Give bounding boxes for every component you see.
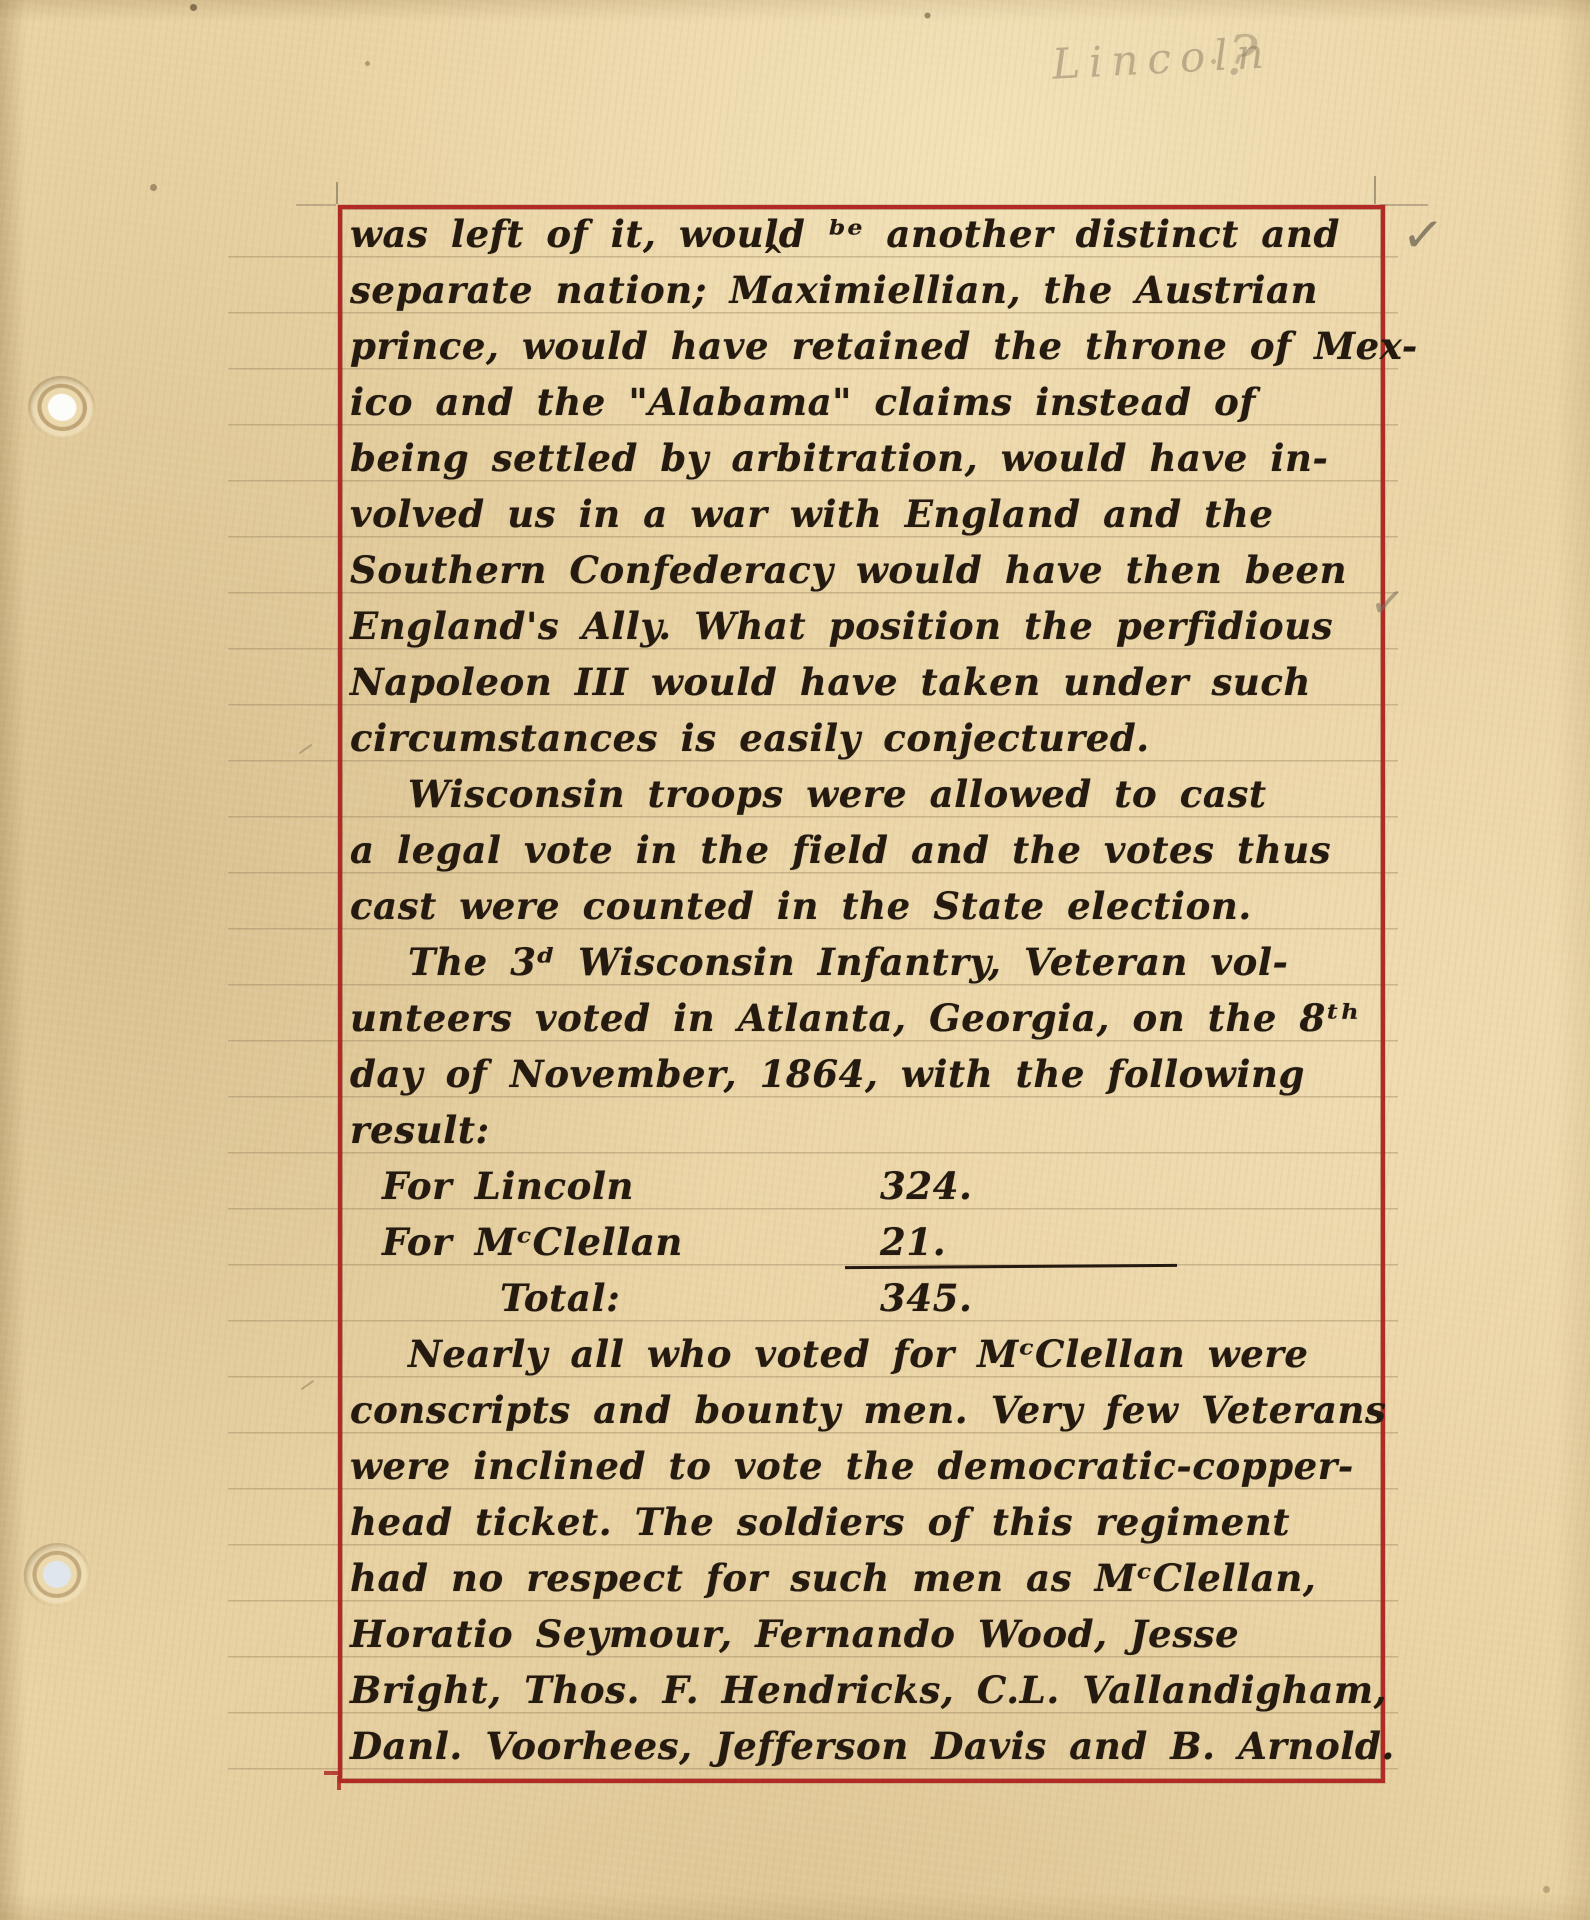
manuscript-line: Southern Confederacy would have then bee… <box>350 540 1380 596</box>
manuscript-line: result: <box>350 1100 1380 1156</box>
corner-guide-mark <box>336 182 338 204</box>
manuscript-line: day of November, 1864, with the followin… <box>350 1044 1380 1100</box>
manuscript-line: Napoleon III would have taken under such <box>350 652 1380 708</box>
manuscript-line: Bright, Thos. F. Hendricks, C.L. Valland… <box>350 1660 1380 1716</box>
corner-guide-mark <box>1374 176 1376 204</box>
punch-hole-top <box>21 369 102 448</box>
pencil-checkmark-top: ✓ <box>1400 204 1447 265</box>
manuscript-line: had no respect for such men as MᶜClellan… <box>350 1548 1380 1604</box>
paper-specks <box>0 0 3 3</box>
manuscript-line: unteers voted in Atlanta, Georgia, on th… <box>350 988 1380 1044</box>
corner-guide-mark <box>296 204 336 206</box>
manuscript-line: For MᶜClellan21. <box>350 1212 1380 1268</box>
manuscript-line: Nearly all who voted for MᶜClellan were <box>350 1324 1380 1380</box>
pencil-annotation-mark: ? <box>1222 22 1260 90</box>
punch-hole-crater <box>20 1539 95 1612</box>
manuscript-line: Wisconsin troops were allowed to cast <box>350 764 1380 820</box>
manuscript-line: Total:345. <box>350 1268 1380 1324</box>
vote-label: For MᶜClellan <box>382 1220 683 1264</box>
manuscript-line: was left of it, would ᵇᵉ another distinc… <box>350 204 1380 260</box>
insertion-caret: ^ <box>762 240 784 276</box>
manuscript-line: were inclined to vote the democratic-cop… <box>350 1436 1380 1492</box>
manuscript-line: conscripts and bounty men. Very few Vete… <box>350 1380 1380 1436</box>
pencil-annotation-lincoln: Lincoln <box>1051 28 1274 88</box>
manuscript-text: was left of it, would ᵇᵉ another distinc… <box>350 204 1380 1772</box>
punch-hole-crater <box>21 369 102 448</box>
vote-label: For Lincoln <box>382 1164 634 1208</box>
manuscript-line: The 3ᵈ Wisconsin Infantry, Veteran vol- <box>350 932 1380 988</box>
punch-hole-bottom <box>20 1539 95 1612</box>
manuscript-line: England's Ally. What position the perfid… <box>350 596 1380 652</box>
manuscript-line: a legal vote in the field and the votes … <box>350 820 1380 876</box>
margin-tick <box>299 744 312 754</box>
vote-label: Total: <box>500 1276 620 1320</box>
manuscript-line: volved us in a war with England and the <box>350 484 1380 540</box>
corner-guide-mark <box>1380 204 1428 206</box>
vote-value: 324. <box>880 1156 973 1216</box>
manuscript-line: cast were counted in the State election. <box>350 876 1380 932</box>
manuscript-line: Danl. Voorhees, Jefferson Davis and B. A… <box>350 1716 1380 1772</box>
manuscript-line: For Lincoln324. <box>350 1156 1380 1212</box>
manuscript-line: circumstances is easily conjectured. <box>350 708 1380 764</box>
manuscript-line: head ticket. The soldiers of this regime… <box>350 1492 1380 1548</box>
manuscript-line: being settled by arbitration, would have… <box>350 428 1380 484</box>
manuscript-line: prince, would have retained the throne o… <box>350 316 1380 372</box>
red-border-overrun <box>337 1776 341 1790</box>
vote-value: 21. <box>880 1212 946 1272</box>
margin-tick <box>301 1380 314 1390</box>
manuscript-line: separate nation; Maximiellian, the Austr… <box>350 260 1380 316</box>
manuscript-line: ico and the "Alabama" claims instead of <box>350 372 1380 428</box>
manuscript-line: Horatio Seymour, Fernando Wood, Jesse <box>350 1604 1380 1660</box>
manuscript-page: was left of it, would ᵇᵉ another distinc… <box>0 0 1590 1920</box>
vote-value: 345. <box>880 1268 973 1328</box>
red-border-overrun <box>324 1771 340 1775</box>
